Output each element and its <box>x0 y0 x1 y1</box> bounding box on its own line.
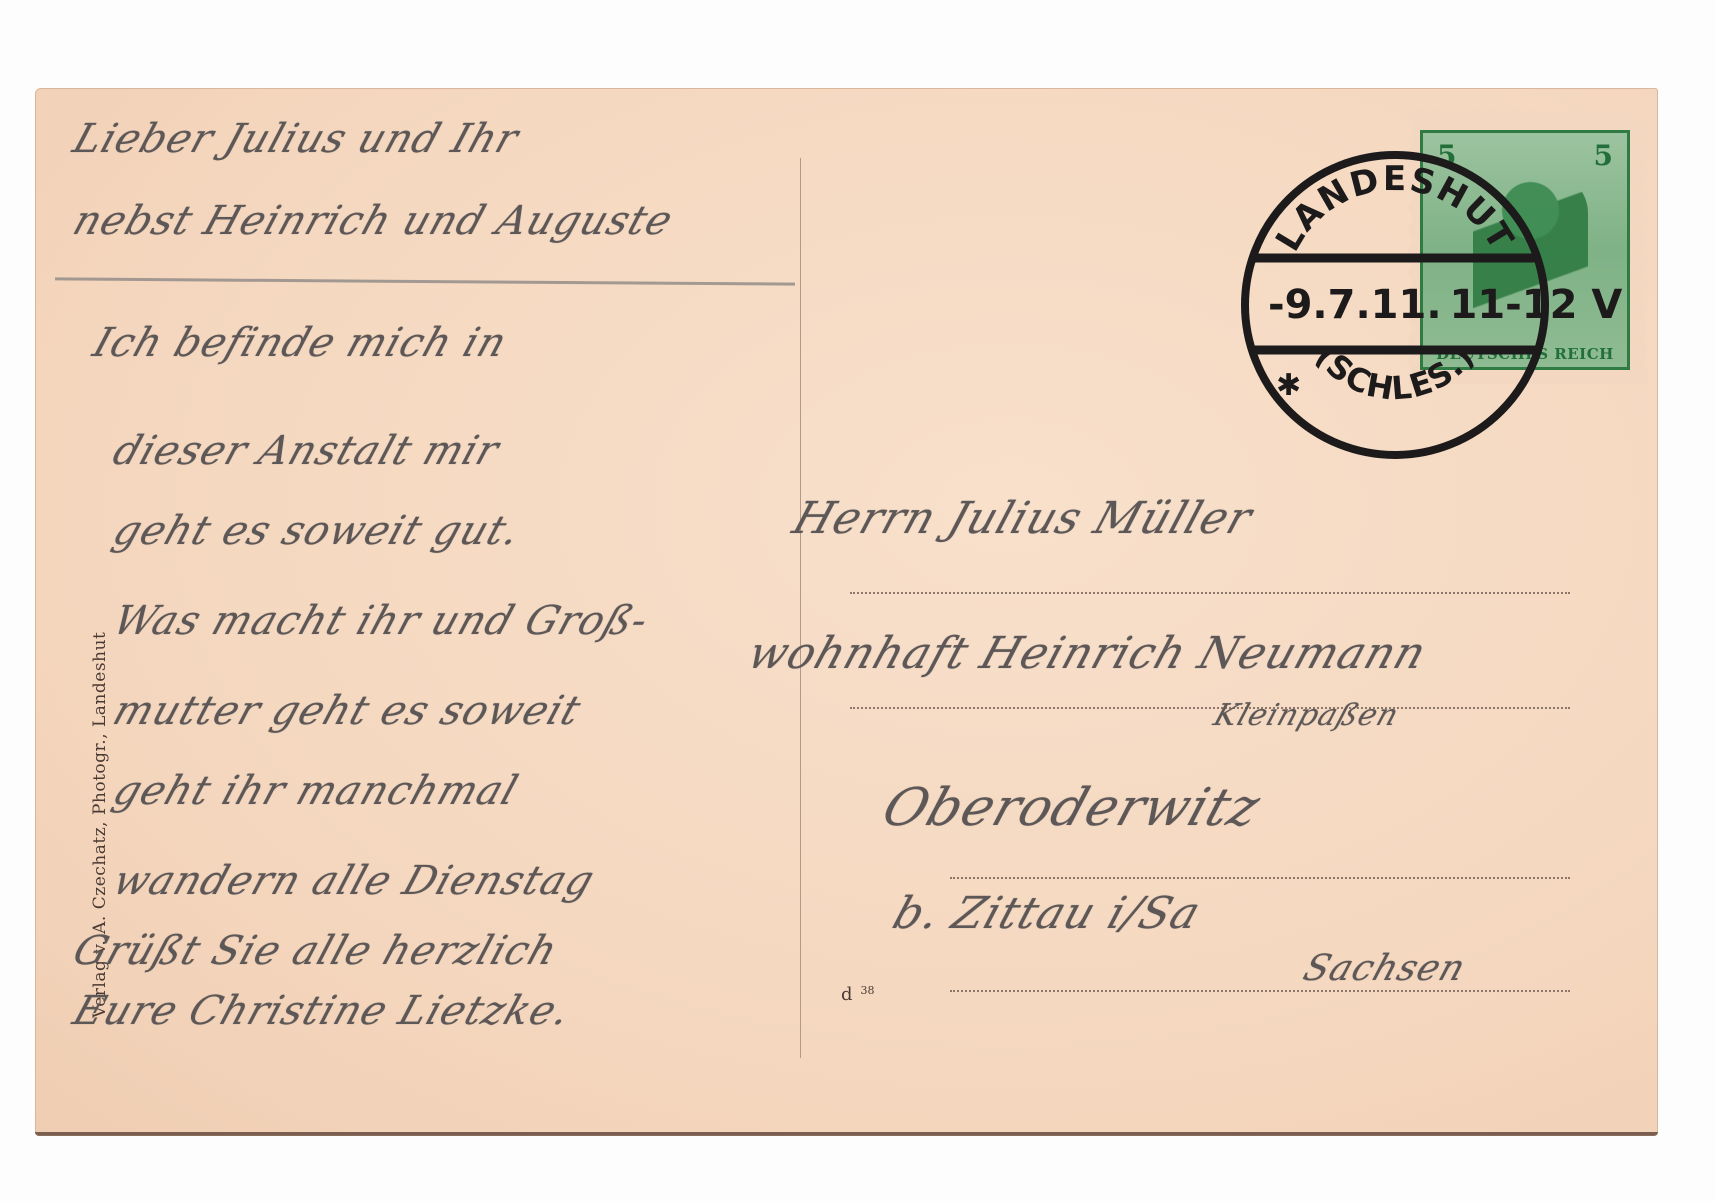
svg-text:-9.7.11.11-12 V: -9.7.11.11-12 V <box>1268 282 1622 328</box>
address-dotted-line <box>950 990 1570 992</box>
address-care-of: wohnhaft Heinrich Neumann <box>742 628 1433 679</box>
postmark-time: 11-12 V <box>1450 282 1623 328</box>
address-district: b. Zittau i/Sa <box>887 888 1208 939</box>
address-dotted-line <box>950 877 1570 879</box>
message-line: Was macht ihr und Groß- <box>108 598 655 644</box>
address-dotted-line <box>850 592 1570 594</box>
message-line: mutter geht es soweit <box>108 688 587 734</box>
center-divider-line <box>800 158 801 1058</box>
stamp-value-right: 5 <box>1594 139 1613 172</box>
message-line: geht ihr manchmal <box>108 768 524 814</box>
address-dotted-line <box>850 707 1570 709</box>
svg-text:LANDESHUT: LANDESHUT <box>1268 159 1522 258</box>
postcard: Verlag v. A. Czechatz, Photogr., Landesh… <box>35 88 1658 1135</box>
postmark-cancel-icon: LANDESHUT (SCHLES.) -9.7.11.11-12 V ✱ <box>1240 150 1550 460</box>
message-greeting-line: Lieber Julius und Ihr <box>68 116 525 162</box>
message-line: wandern alle Dienstag <box>108 858 601 904</box>
message-greeting-line: nebst Heinrich und Auguste <box>68 198 679 244</box>
address-recipient: Herrn Julius Müller <box>787 493 1259 544</box>
svg-text:✱: ✱ <box>1276 368 1301 403</box>
postmark-town: LANDESHUT <box>1268 159 1522 258</box>
message-line: Grüßt Sie alle herzlich <box>68 928 564 974</box>
address-town: Oberoderwitz <box>875 778 1268 838</box>
message-signature: Eure Christine Lietzke. <box>68 988 577 1034</box>
postmark-date: -9.7.11. <box>1268 282 1442 328</box>
message-line: dieser Anstalt mir <box>108 428 506 474</box>
greeting-underline <box>55 277 795 285</box>
postmark: LANDESHUT (SCHLES.) -9.7.11.11-12 V ✱ <box>1240 150 1550 460</box>
card-code: d38 <box>841 984 875 1005</box>
card-code-number: 38 <box>861 984 875 997</box>
card-code-letter: d <box>841 984 853 1005</box>
message-line: geht es soweit gut. <box>108 508 527 554</box>
message-line: Ich befinde mich in <box>88 320 513 366</box>
address-state: Sachsen <box>1298 948 1471 989</box>
address-annotation: Kleinpaßen <box>1209 698 1403 733</box>
